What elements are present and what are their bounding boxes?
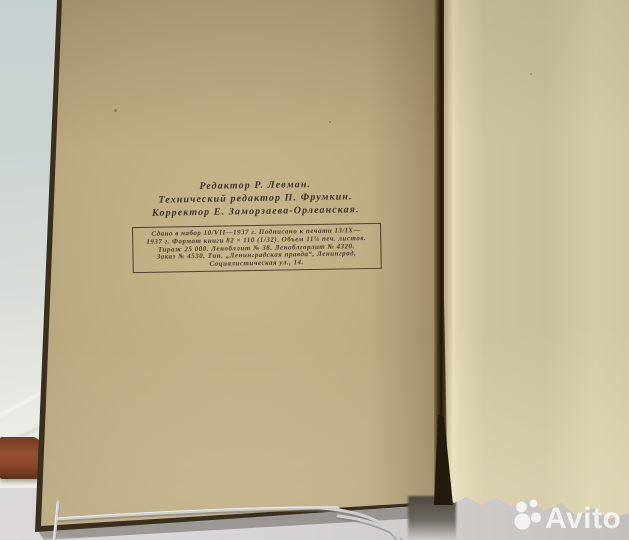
paper-speck — [329, 121, 331, 123]
avito-logo-icon — [514, 500, 541, 530]
right-page — [444, 0, 629, 540]
wooden-object — [0, 437, 41, 479]
paper-speck — [114, 109, 117, 112]
book-photo: Редактор Р. Левман. Технический редактор… — [0, 0, 629, 540]
colophon-block: Редактор Р. Левман. Технический редактор… — [94, 176, 418, 274]
paper-speck — [530, 73, 532, 75]
avito-watermark-text: Avito — [545, 502, 621, 535]
avito-watermark: Avito — [511, 495, 629, 537]
imprint-box: Сдано в набор 10/VII—1937 г. Подписано к… — [132, 223, 382, 273]
wire-book-stand — [38, 493, 438, 540]
